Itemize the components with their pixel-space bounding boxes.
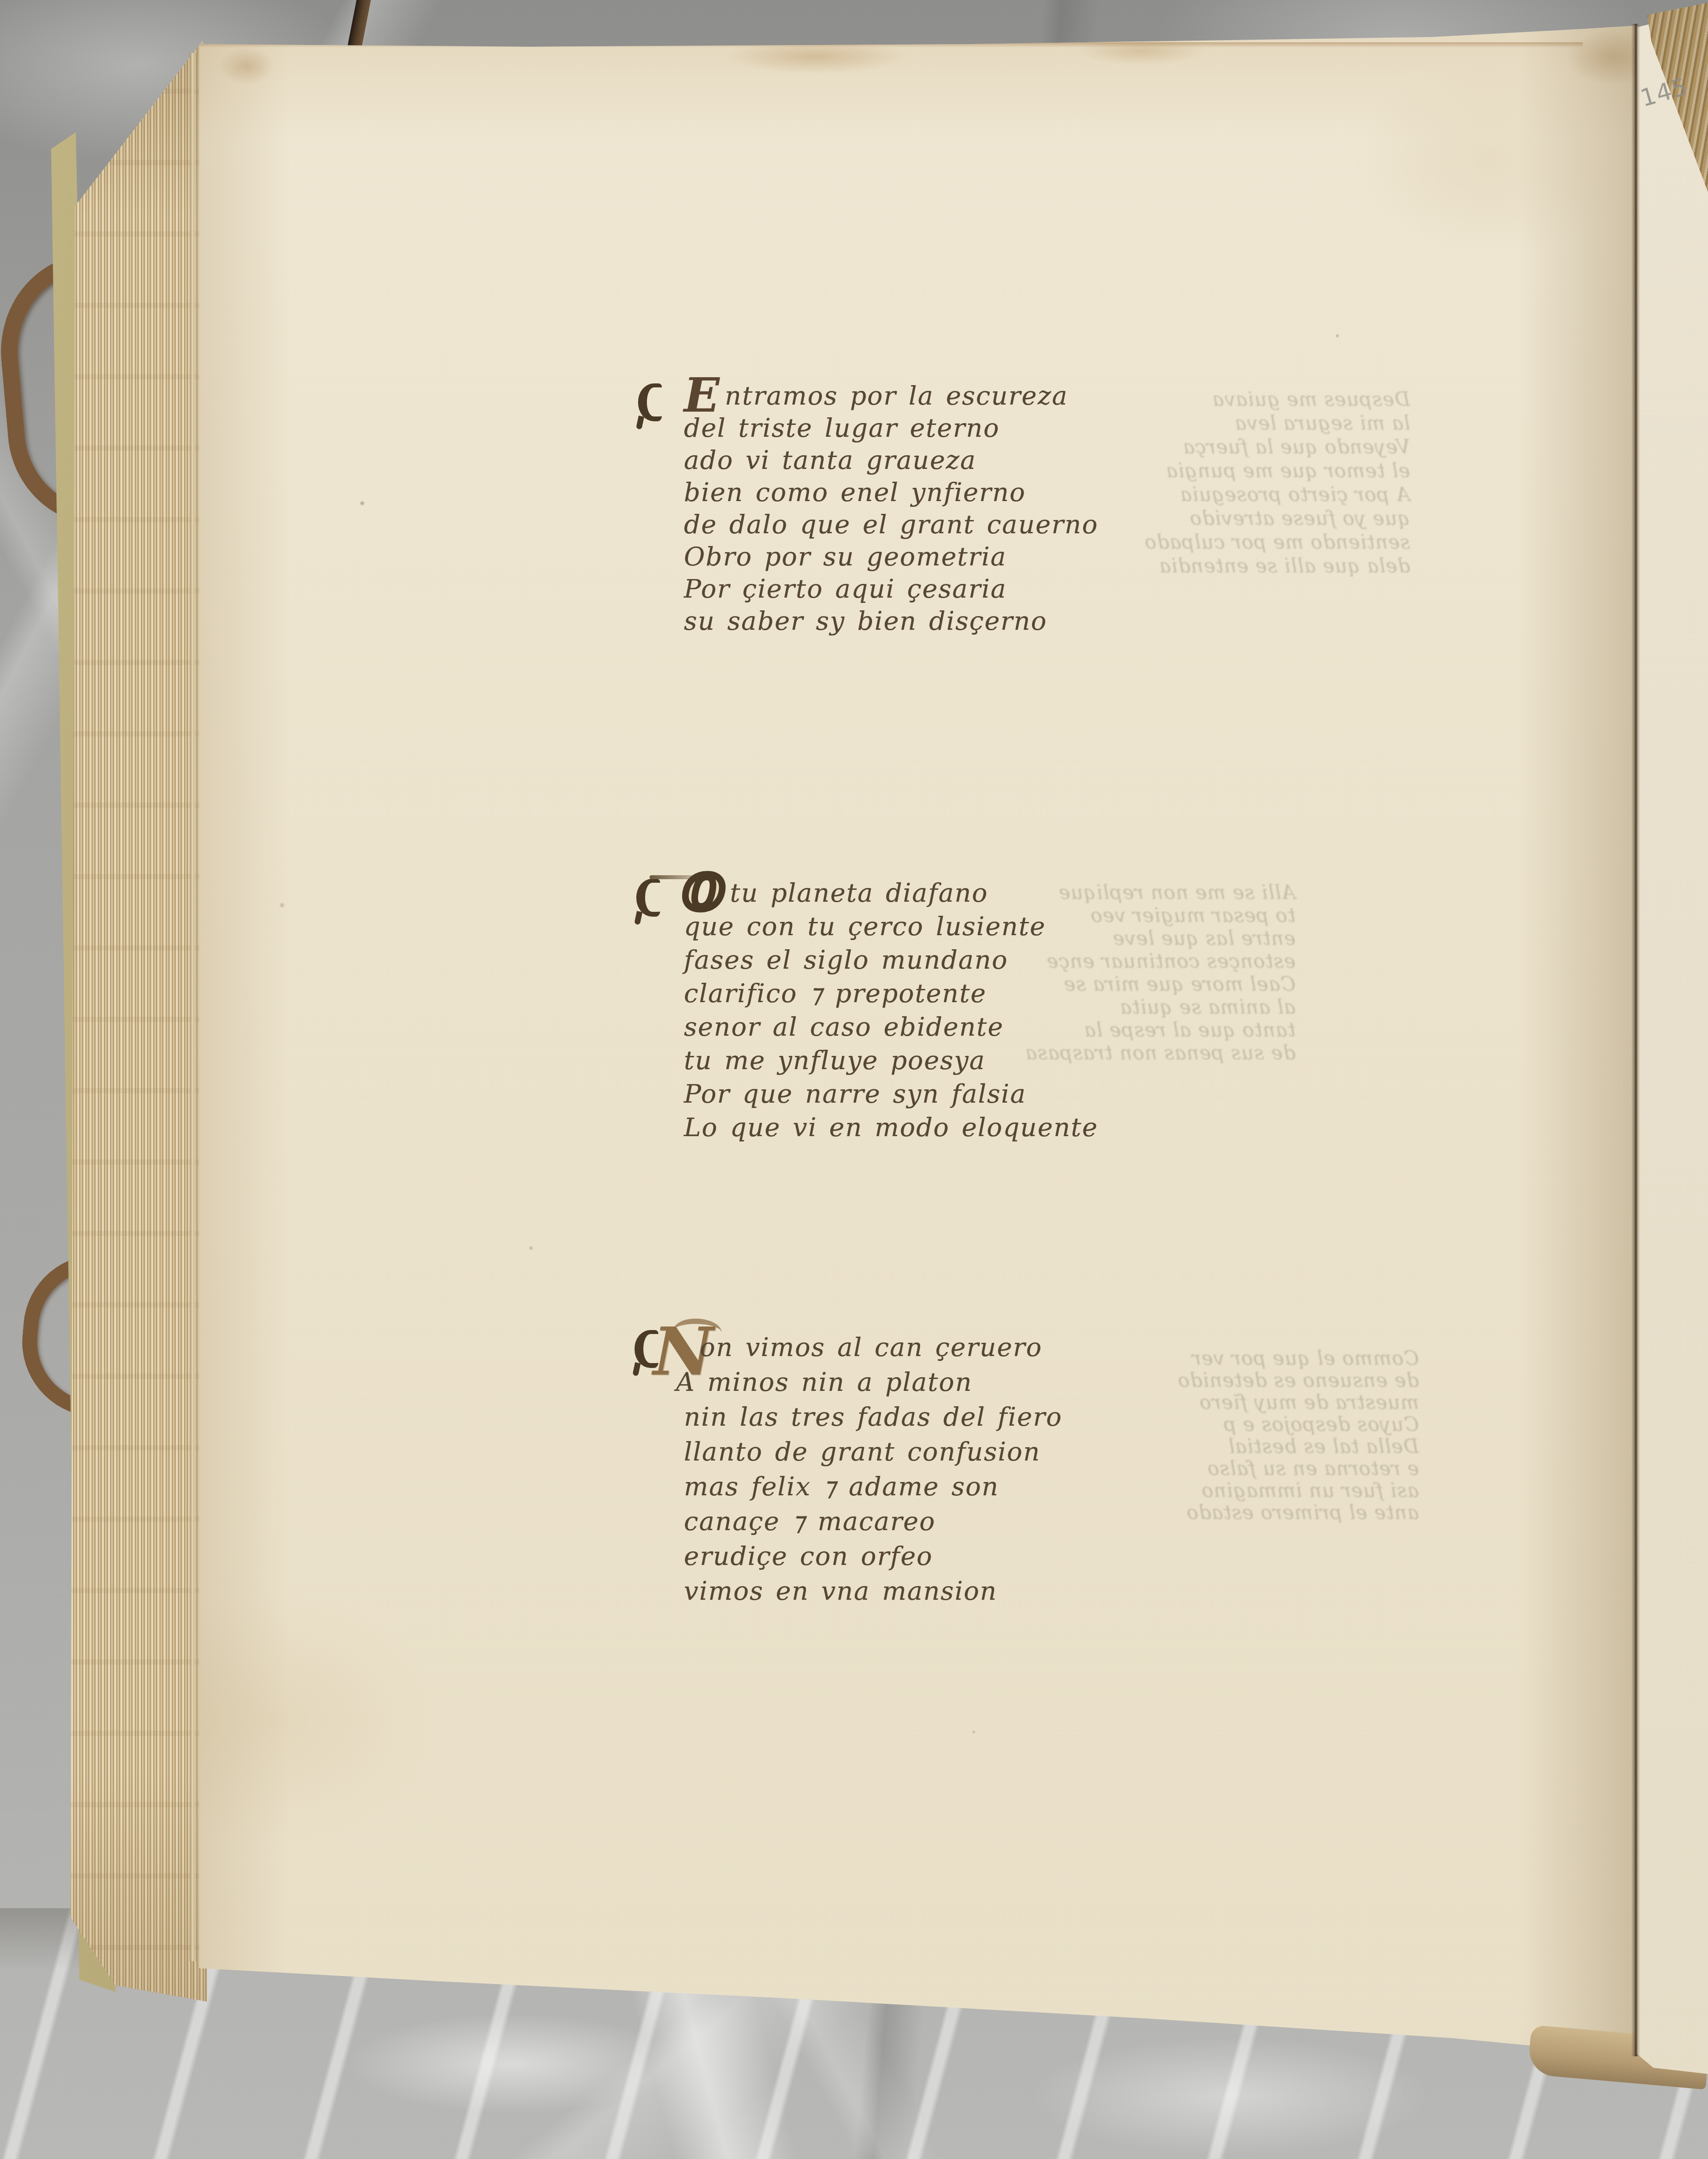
capitulum-icon [636, 877, 663, 919]
show-through-line: e retorna en su falso [1110, 1458, 1419, 1480]
show-through-line: Despues me guiava [1119, 388, 1410, 412]
show-through-line: el temor que me pungia [1119, 459, 1410, 483]
verse-line: on vimos al can çeruero [700, 1330, 1062, 1365]
show-through-line: que yo fuese atrevido [1119, 507, 1410, 531]
show-through-line: muestra de muy fiero [1110, 1392, 1419, 1414]
show-through-line: Alli se me non replique [1088, 881, 1296, 904]
show-through-line: de sus penas non traspasa [1088, 1042, 1296, 1065]
verse-line: mas felix ⁊ adame son [684, 1469, 1062, 1504]
verse-line: A minos nin a platon [676, 1365, 1062, 1400]
verse-line: clarifico ⁊ prepotente [684, 977, 1098, 1010]
verse-text: tu planeta diafano [730, 878, 988, 908]
capitulum-icon [638, 382, 665, 424]
verse-line: ado vi tanta graueza [684, 444, 1098, 476]
under-leaf-edge [189, 53, 197, 1961]
show-through-line: tanto que al respe la [1088, 1019, 1296, 1042]
show-through-line: Commo el que por ver [1110, 1348, 1419, 1370]
verse-line: erudiçe con orfeo [684, 1539, 1062, 1574]
verse-line: de dalo que el grant cauerno [684, 509, 1098, 541]
show-through-line: Veyendo que la fuerça [1119, 435, 1410, 459]
show-through-line: Cael more que mira se [1088, 973, 1296, 996]
verse-line: que con tu çerco lusiente [684, 910, 1098, 943]
stanza-3: N on vimos al can çeruero A minos nin a … [684, 1330, 1062, 1609]
show-through-line: al anima se quita [1088, 996, 1296, 1019]
show-through-line: sentiendo me por culpado [1119, 531, 1410, 554]
show-through-text-3: Commo el que por ver de ensueno es deten… [1110, 1348, 1419, 1524]
show-through-line: la mi segura leva [1119, 412, 1410, 435]
verse-line: del triste lugar eterno [684, 412, 1098, 444]
verse-line: Entramos por la escureza [684, 380, 1098, 412]
verse-line: Lo que vi en modo eloquente [684, 1111, 1098, 1144]
verse-line: Obro por su geometria [684, 541, 1098, 573]
show-through-line: Della tal es bestial [1110, 1436, 1419, 1458]
verse-text: ntramos por la escureza [725, 381, 1068, 411]
verse-line: nin las tres fadas del fiero [684, 1400, 1062, 1434]
show-through-line: dela que alli se entendia [1119, 554, 1410, 578]
show-through-line: entre las que leve [1088, 927, 1296, 950]
verse-line: senor al caso ebidente [684, 1010, 1098, 1044]
show-through-line: Cuyos despojos e p [1110, 1414, 1419, 1436]
verse-line: Por çierto aqui çesaria [684, 573, 1098, 605]
verse-line: fases el siglo mundano [684, 943, 1098, 977]
show-through-line: to pesar mugier veo [1088, 904, 1296, 927]
show-through-text-2: Alli se me non replique to pesar mugier … [1088, 881, 1296, 1065]
stanza-2: Otu planeta diafano que con tu çerco lus… [684, 876, 1098, 1144]
verse-line: su saber sy bien disçerno [684, 605, 1098, 637]
show-through-line: asi fuer un immagino [1110, 1480, 1419, 1502]
show-through-line: ante el primero estado [1110, 1502, 1419, 1524]
verse-line: tu me ynfluye poesya [684, 1044, 1098, 1077]
verse-line: llanto de grant confusion [684, 1434, 1062, 1469]
verse-line: vimos en vna mansion [684, 1574, 1062, 1609]
show-through-line: estonçes continuar ençe [1088, 950, 1296, 973]
page-gutter [1631, 24, 1640, 2056]
stanza-1: Entramos por la escureza del triste luga… [684, 380, 1098, 637]
verse-text: on vimos al can çeruero [700, 1332, 1042, 1362]
show-through-line: A por çierto proseguia [1119, 483, 1410, 507]
manuscript-photo: Despues me guiava la mi segura leva Veye… [0, 0, 1708, 2159]
verse-line: bien como enel ynfierno [684, 476, 1098, 509]
show-through-text-1: Despues me guiava la mi segura leva Veye… [1119, 388, 1410, 578]
verse-line: Otu planeta diafano [684, 876, 1098, 910]
show-through-line: de ensueno es detenido [1110, 1370, 1419, 1392]
verse-line: Por que narre syn falsia [684, 1077, 1098, 1111]
verse-line: canaçe ⁊ macareo [684, 1504, 1062, 1539]
